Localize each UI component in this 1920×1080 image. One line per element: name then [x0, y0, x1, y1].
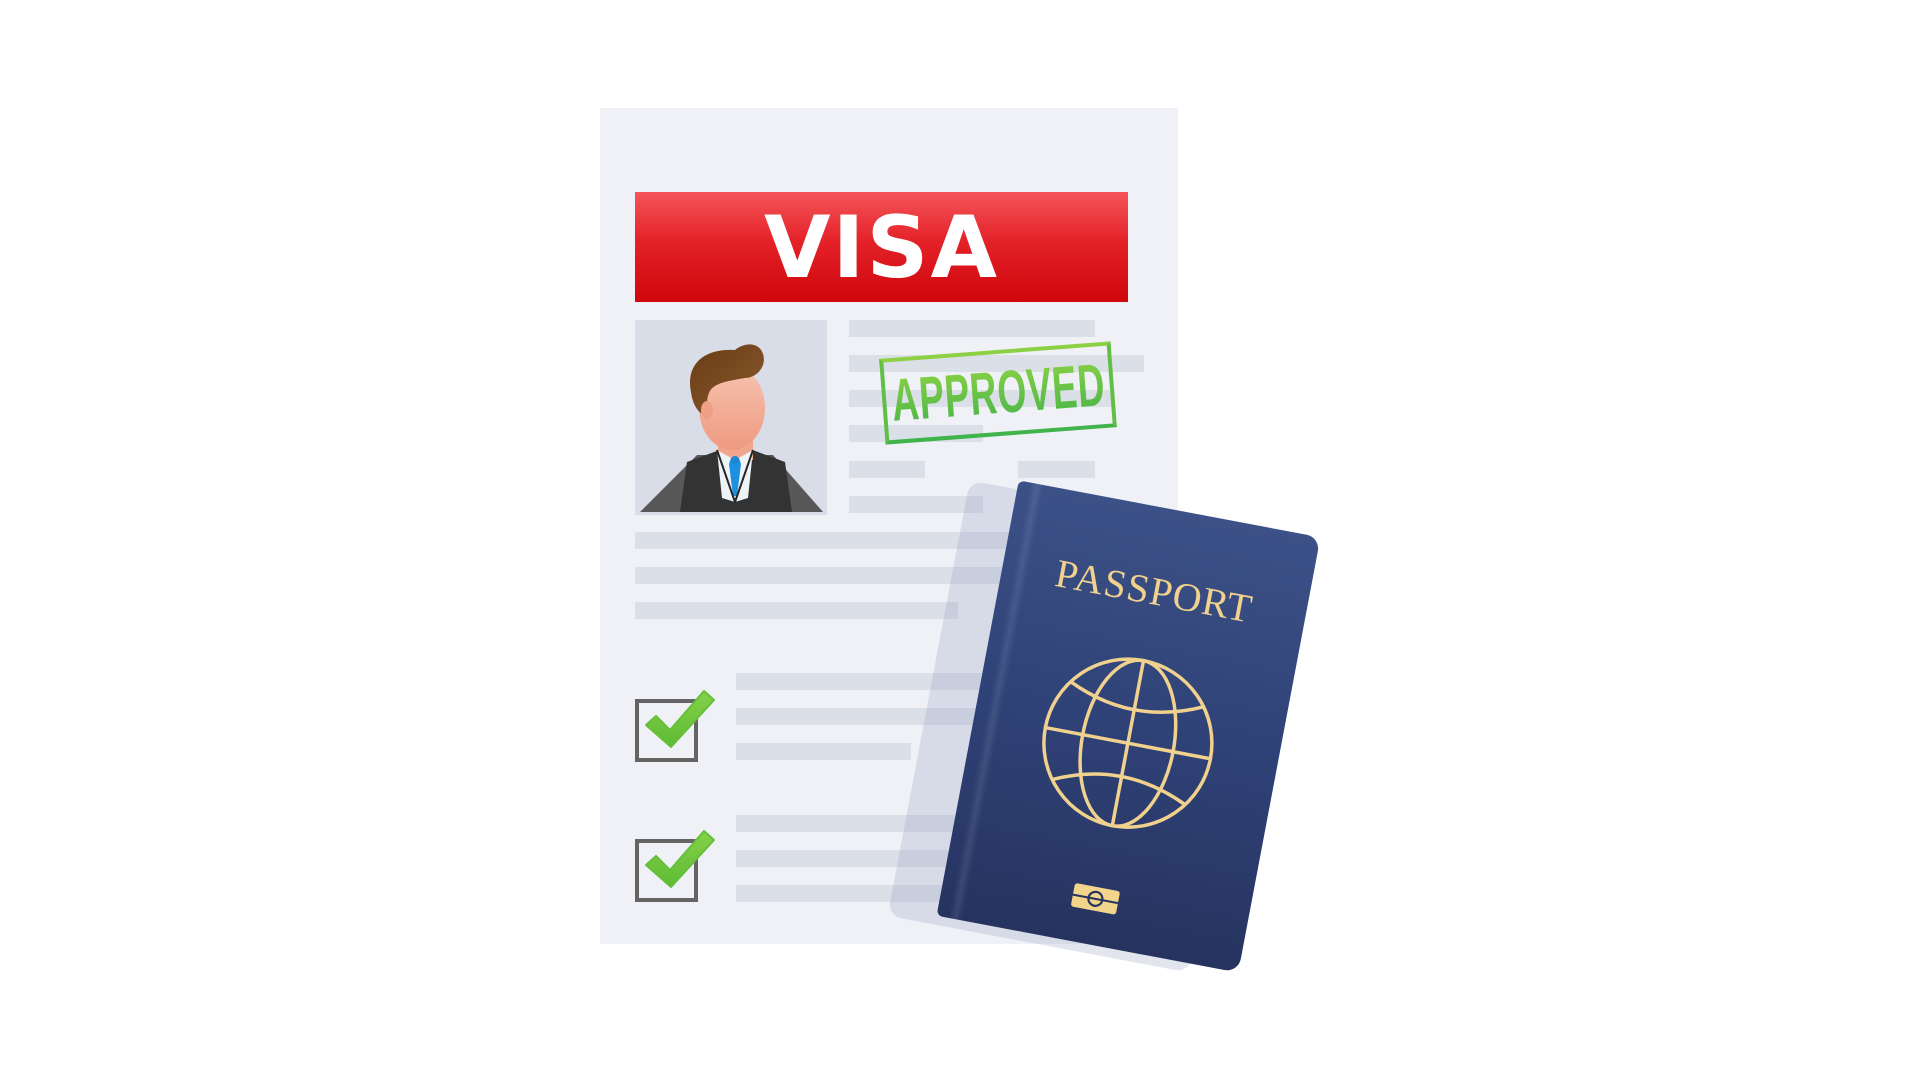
- info-line: [849, 461, 925, 478]
- info-line: [849, 496, 983, 513]
- stamp-text: APPROVED: [889, 355, 1107, 431]
- passport-title: PASSPORT: [999, 539, 1309, 642]
- chip-icon: [1071, 883, 1121, 915]
- body-line: [635, 602, 958, 619]
- checkmark-icon: [640, 825, 720, 895]
- checklist-line: [736, 743, 911, 760]
- approved-stamp: APPROVED: [879, 341, 1117, 444]
- globe-icon: [1025, 640, 1231, 846]
- applicant-photo: [635, 320, 827, 515]
- visa-banner: VISA: [635, 192, 1128, 302]
- info-line: [849, 320, 1095, 337]
- body-line: [635, 567, 1005, 584]
- visa-title: VISA: [764, 205, 999, 291]
- info-line: [1018, 461, 1095, 478]
- checkmark-icon: [640, 685, 720, 755]
- businessman-avatar-icon: [635, 320, 827, 515]
